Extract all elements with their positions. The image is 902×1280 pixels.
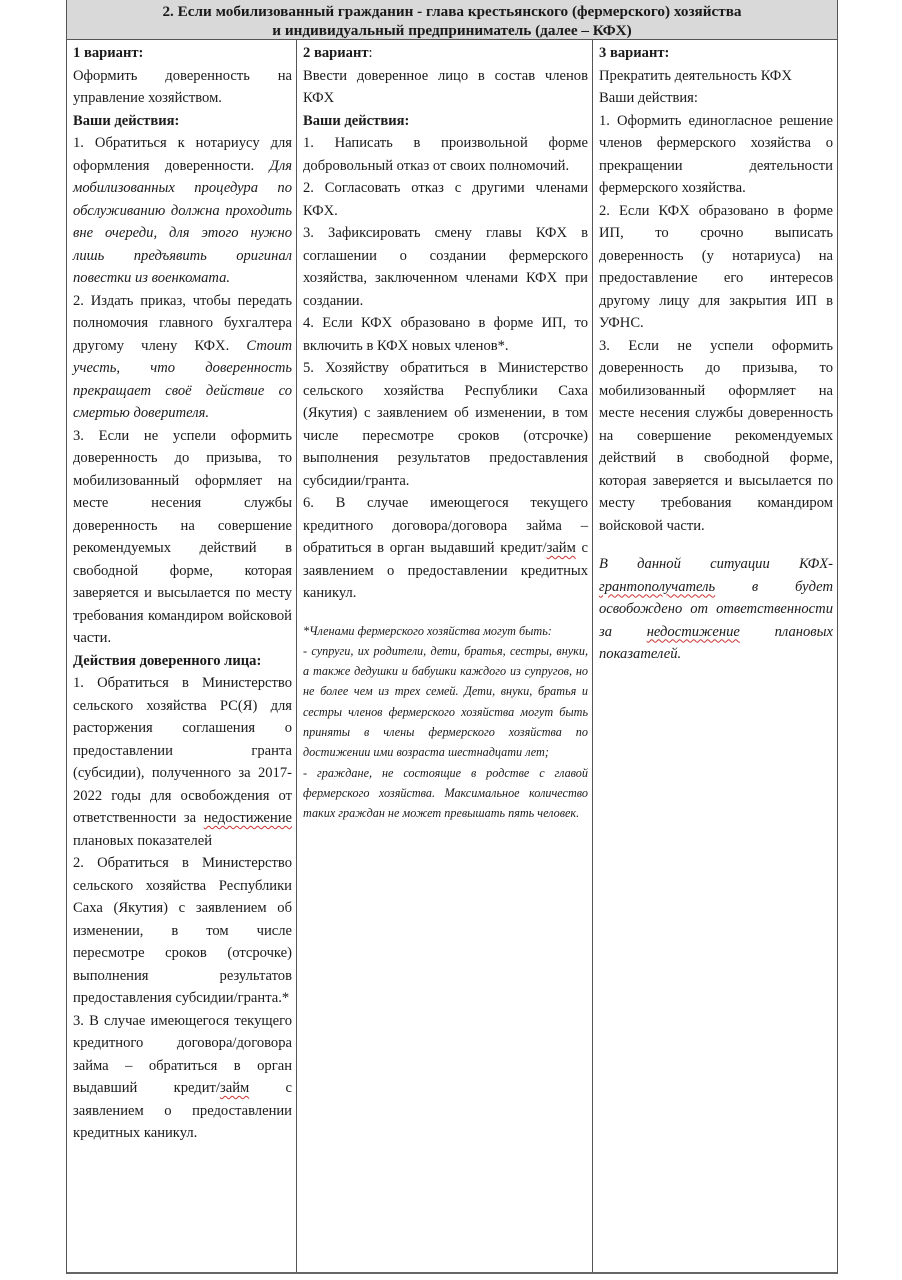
members-footnote: *Членами фермерского хозяйства могут быт…	[303, 621, 588, 824]
variant-2-step: 4. Если КФХ образовано в форме ИП, то вк…	[303, 312, 588, 357]
footnote-item: - граждане, не состоящие в родстве с гла…	[303, 763, 588, 824]
variant-2-step: 3. Зафиксировать смену главы КФХ в согла…	[303, 222, 588, 312]
table-header: 2. Если мобилизованный гражданин - глава…	[67, 0, 837, 40]
proxy-step: 2. Обратиться в Министерство сельского х…	[73, 852, 292, 1010]
variants-row: 1 вариант: Оформить доверенность на упра…	[67, 40, 837, 1274]
variant-3-note: В данной ситуации КФХ-грантополучатель в…	[599, 553, 833, 666]
variant-1-text: Оформить доверенность на управление хозя…	[73, 65, 292, 110]
variant-1-actions-label: Ваши действия:	[73, 110, 292, 133]
spacer	[599, 537, 833, 553]
variant-2-step: 1. Написать в произвольной форме доброво…	[303, 132, 588, 177]
variant-3-step: 1. Оформить единогласное решение членов …	[599, 110, 833, 200]
footnote-title: *Членами фермерского хозяйства могут быт…	[303, 621, 588, 641]
header-title-line-1: 2. Если мобилизованный гражданин - глава…	[73, 2, 831, 21]
variant-3-text: Прекратить деятельность КФХ	[599, 65, 833, 88]
variant-2-actions-label: Ваши действия:	[303, 110, 588, 133]
variant-2-step: 2. Согласовать отказ с другими членами К…	[303, 177, 588, 222]
spellcheck-flagged-word: недостижение	[204, 810, 292, 826]
spellcheck-flagged-word: займ	[547, 540, 576, 556]
variant-2-text: Ввести доверенное лицо в состав членов К…	[303, 65, 588, 110]
variant-1-column: 1 вариант: Оформить доверенность на упра…	[67, 40, 297, 1272]
variant-1-step: 1. Обратиться к нотариусу для оформления…	[73, 132, 292, 290]
kfh-options-table: 2. Если мобилизованный гражданин - глава…	[66, 0, 838, 1274]
spacer	[303, 605, 588, 621]
variant-1-step-note: Для мобилизованных процедура по обслужив…	[73, 158, 292, 287]
variant-3-label: 3 вариант:	[599, 42, 833, 65]
proxy-step: 3. В случае имеющегося текущего кредитно…	[73, 1010, 292, 1145]
proxy-actions-label: Действия доверенного лица:	[73, 650, 292, 673]
variant-2-label: 2 вариант:	[303, 42, 588, 65]
variant-2-step: 6. В случае имеющегося текущего кредитно…	[303, 492, 588, 605]
variant-1-step: 3. Если не успели оформить доверенность …	[73, 425, 292, 650]
variant-1-label: 1 вариант:	[73, 42, 292, 65]
variant-3-step: 2. Если КФХ образовано в форме ИП, то ср…	[599, 200, 833, 335]
header-title-line-2: и индивидуальный предприниматель (далее …	[73, 21, 831, 40]
spellcheck-flagged-word: недостижение	[647, 624, 740, 640]
variant-3-column: 3 вариант: Прекратить деятельность КФХ В…	[593, 40, 837, 1272]
variant-2-step: 5. Хозяйству обратиться в Министерство с…	[303, 357, 588, 492]
variant-1-step: 2. Издать приказ, чтобы передать полномо…	[73, 290, 292, 425]
spellcheck-flagged-word: займ	[220, 1080, 249, 1096]
variant-2-column: 2 вариант: Ввести доверенное лицо в сост…	[297, 40, 593, 1272]
proxy-step: 1. Обратиться в Министерство сельского х…	[73, 672, 292, 852]
footnote-item: - супруги, их родители, дети, братья, се…	[303, 641, 588, 763]
spellcheck-flagged-word: грантополучатель	[599, 579, 715, 595]
variant-3-step: 3. Если не успели оформить доверенность …	[599, 335, 833, 538]
variant-3-actions-label: Ваши действия:	[599, 87, 833, 110]
